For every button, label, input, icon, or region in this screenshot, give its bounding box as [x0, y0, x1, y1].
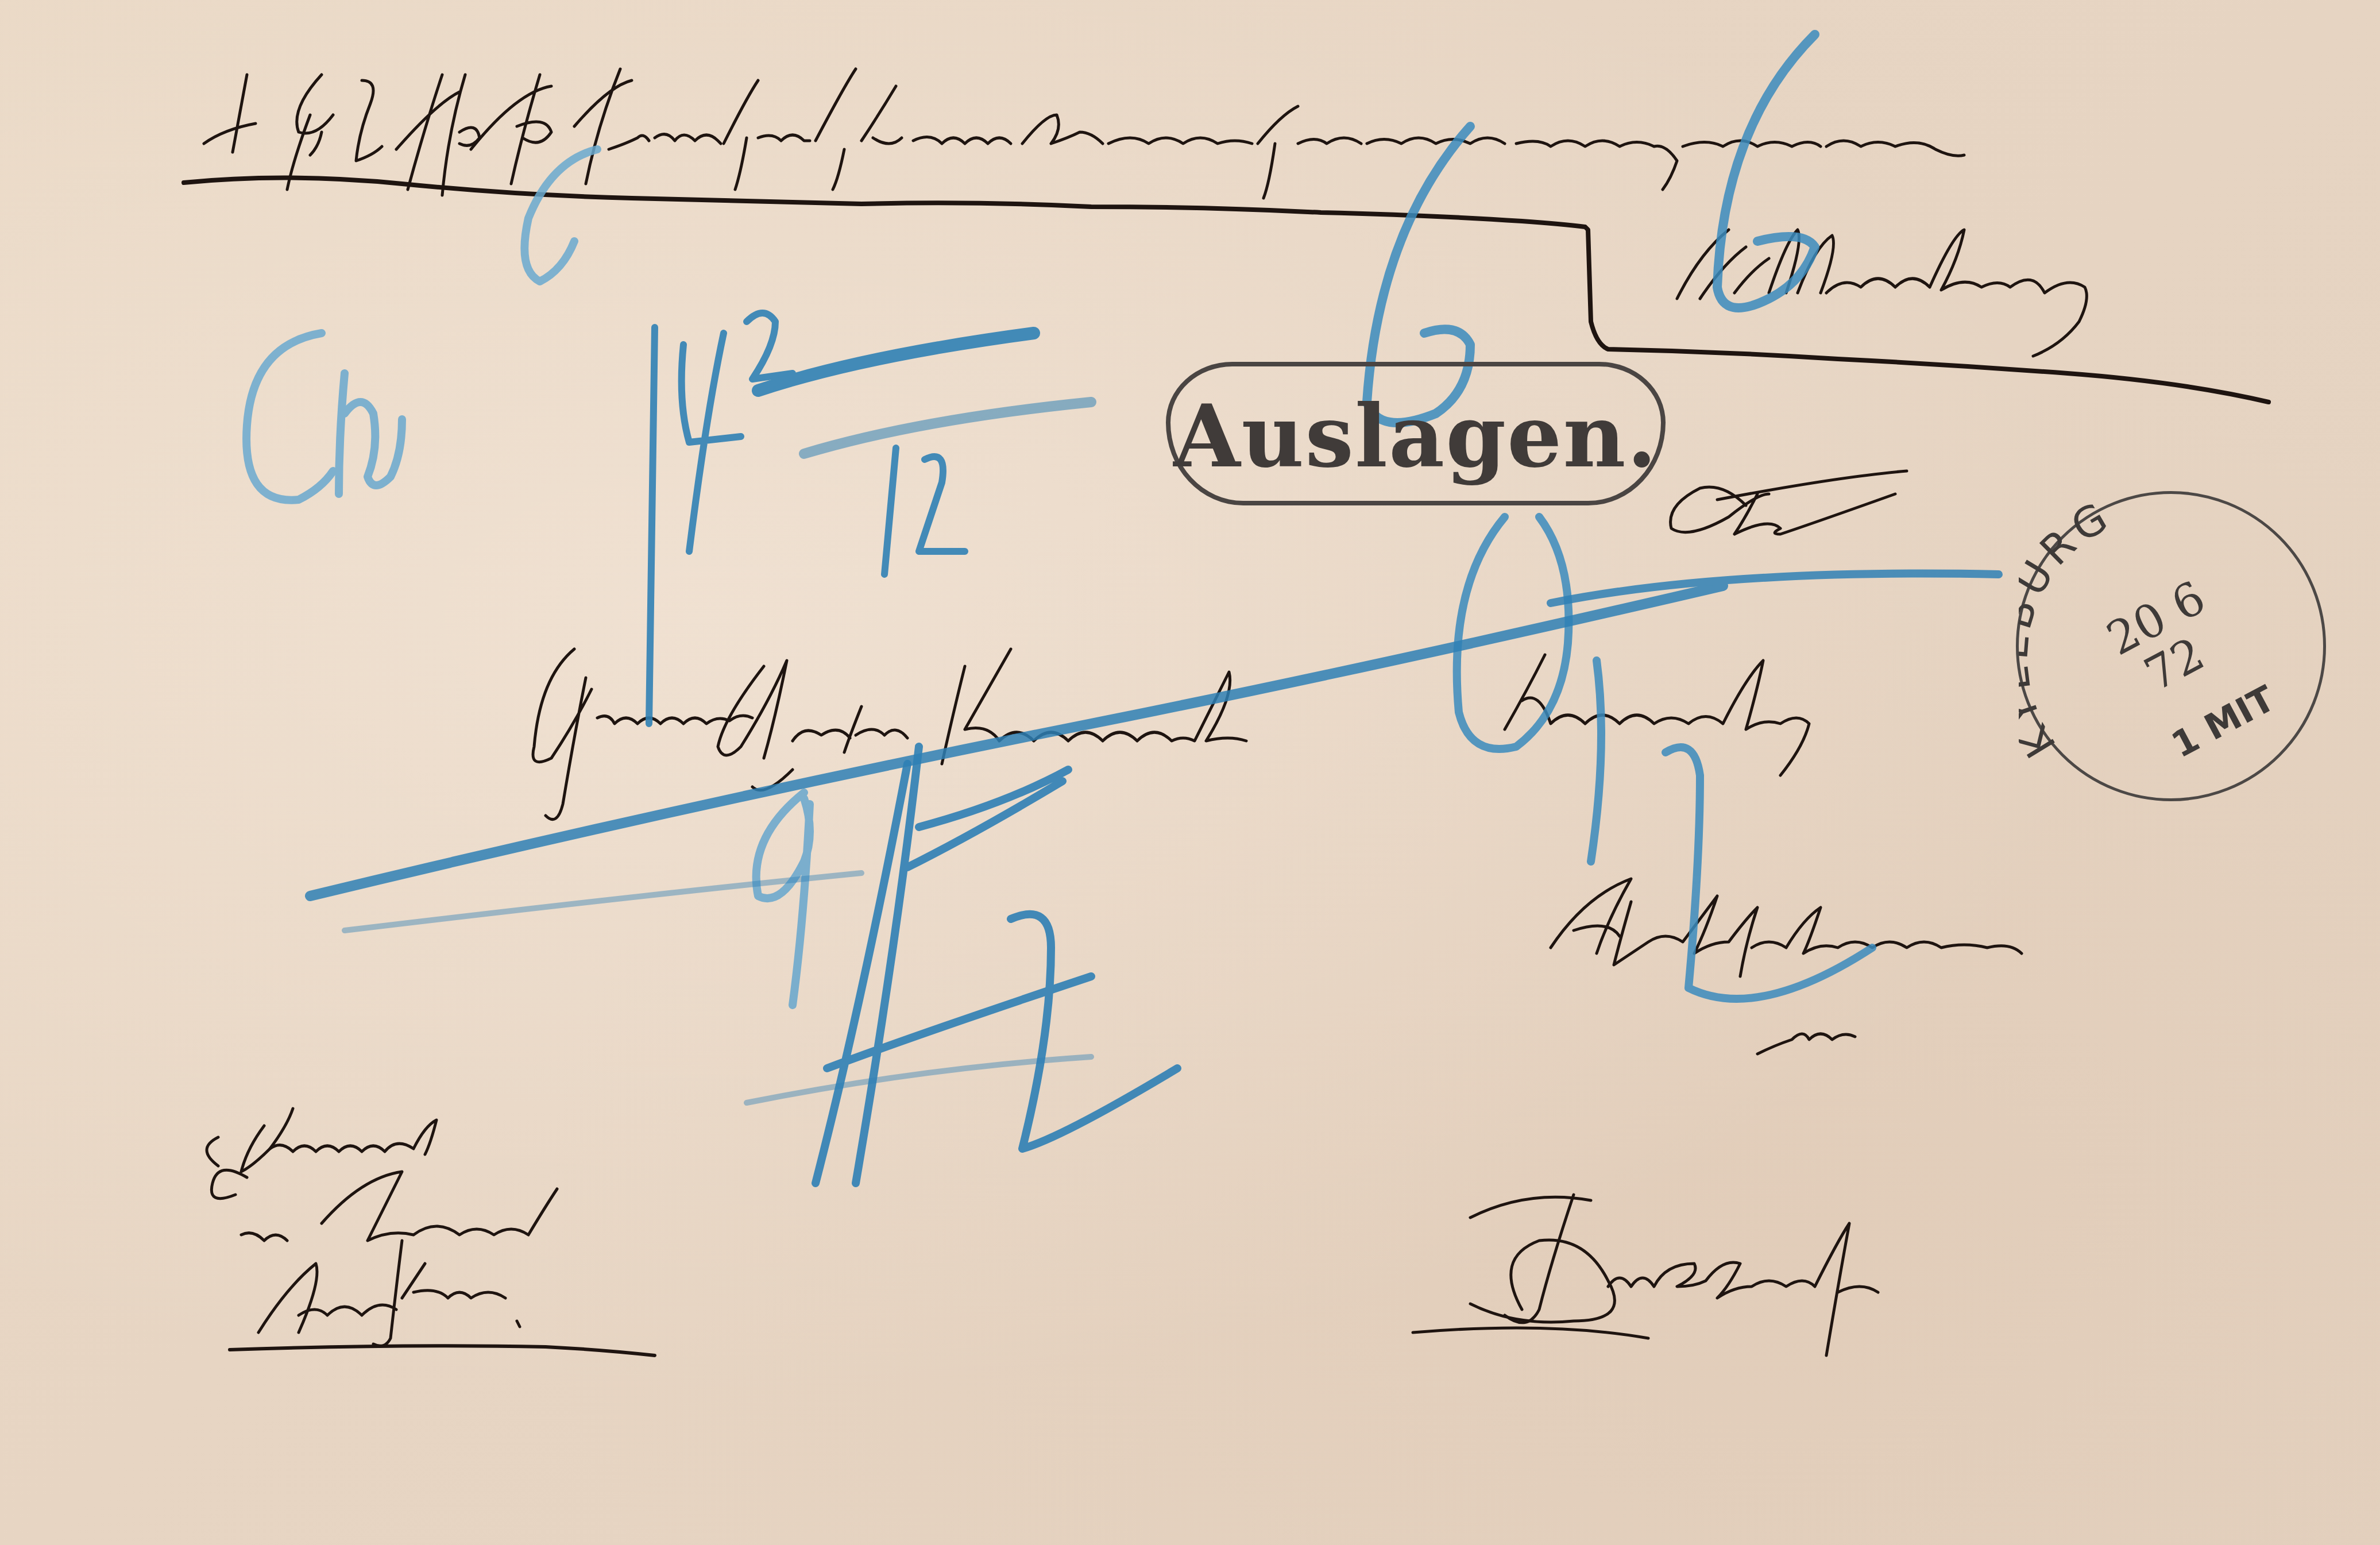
- auslagen-handstamp: Auslagen.: [1166, 362, 1666, 505]
- crayon-fraction: [649, 313, 1091, 724]
- kyllburg-postmark: KYLLBURG 20 6 72 1 MIT: [2016, 491, 2326, 801]
- crayon-cro: [246, 149, 597, 500]
- auslagen-text: Auslagen.: [1173, 393, 1658, 480]
- crayon-4-2: [816, 747, 1177, 1183]
- crayon-strike-lines: [310, 574, 1999, 1103]
- crayon-9: [756, 793, 810, 1005]
